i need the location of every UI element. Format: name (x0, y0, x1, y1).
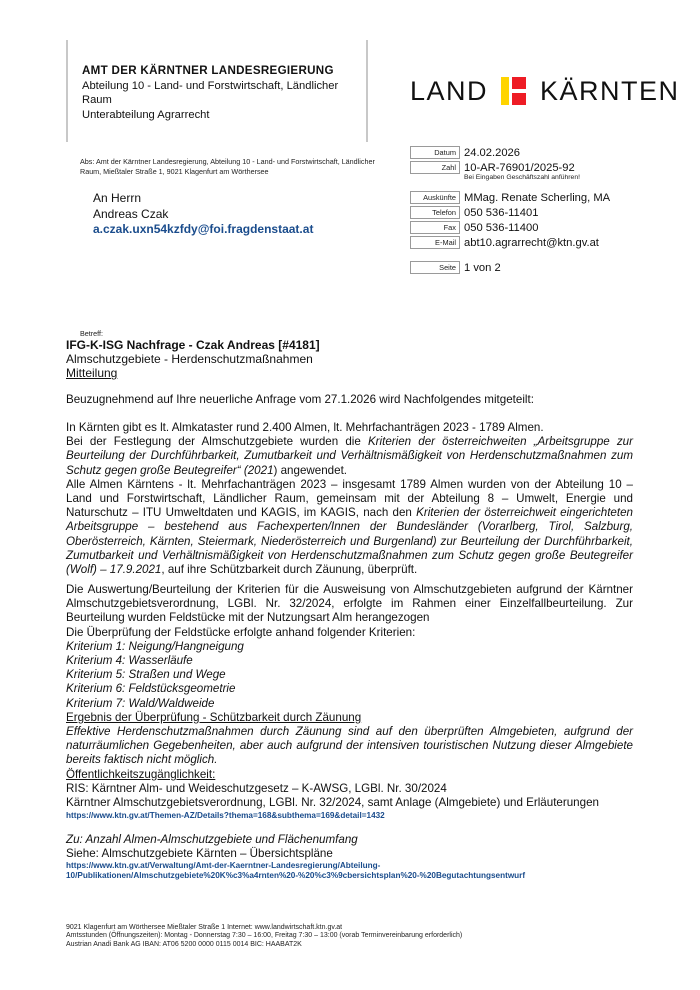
body-section-1: In Kärnten gibt es lt. Almkataster rund … (66, 421, 633, 577)
telefon-label: Telefon (410, 206, 460, 219)
datum-label: Datum (410, 146, 460, 159)
organization-block: AMT DER KÄRNTNER LANDESREGIERUNG Abteilu… (82, 64, 362, 122)
body-section-2: Die Auswertung/Beurteilung der Kriterien… (66, 583, 633, 768)
logo-text-left: LAND (410, 76, 488, 107)
datum-value: 24.02.2026 (460, 147, 520, 159)
public-line-2: Kärntner Almschutzgebietsverordnung, LGB… (66, 796, 633, 810)
overview-section: Zu: Anzahl Almen-Almschutzgebiete und Fl… (66, 833, 633, 881)
subdepartment-line: Unterabteilung Agrarrecht (82, 108, 362, 123)
recipient-block: An Herrn Andreas Czak a.czak.uxn54kzfdy@… (93, 191, 313, 238)
meta-row-zahl: Zahl 10-AR-76901/2025-92 (410, 160, 575, 175)
subject-line-3: Mitteilung (66, 366, 320, 380)
public-line-1: RIS: Kärntner Alm- und Weideschutzgesetz… (66, 782, 633, 796)
zu-line: Zu: Anzahl Almen-Almschutzgebiete und Fl… (66, 833, 633, 847)
footer: 9021 Klagenfurt am Wörthersee Mießtaler … (66, 924, 462, 949)
subject-line-2: Almschutzgebiete - Herdenschutzmaßnahmen (66, 352, 320, 366)
criterion-item: Kriterium 7: Wald/Waldweide (66, 697, 633, 711)
meta-row-datum: Datum 24.02.2026 (410, 145, 575, 160)
criterion-item: Kriterium 4: Wasserläufe (66, 654, 633, 668)
footer-hours: Amtsstunden (Öffnungszeiten): Montag - D… (66, 932, 462, 940)
criteria-intro: Die Überprüfung der Feldstücke erfolgte … (66, 626, 633, 640)
sender-line: Abs: Amt der Kärntner Landesregierung, A… (80, 157, 380, 176)
telefon-value: 050 536-11401 (460, 207, 538, 219)
organization-title: AMT DER KÄRNTNER LANDESREGIERUNG (82, 64, 362, 79)
fax-label: Fax (410, 221, 460, 234)
result-text: Effektive Herdenschutzmaßnahmen durch Zä… (66, 725, 633, 768)
land-kaernten-logo: LAND KÄRNTEN (410, 76, 680, 106)
review-paragraph: Alle Almen Kärntens - lt. Mehrfachanträg… (66, 478, 633, 577)
department-line: Abteilung 10 - Land- und Forstwirtschaft… (82, 79, 362, 108)
public-access-section: Öffentlichkeitszugänglichkeit: RIS: Kärn… (66, 768, 633, 821)
auskuenfte-label: Auskünfte (410, 191, 460, 204)
email-value[interactable]: abt10.agrarrecht@ktn.gv.at (460, 237, 599, 249)
criteria-paragraph: Bei der Festlegung der Almschutzgebiete … (66, 435, 633, 478)
meta-row-telefon: Telefon 050 536-11401 (410, 205, 610, 220)
seite-label: Seite (410, 261, 460, 274)
siehe-line: Siehe: Almschutzgebiete Kärnten – Übersi… (66, 847, 633, 861)
intro-paragraph: Beuzugnehmend auf Ihre neuerliche Anfrag… (66, 393, 633, 407)
header-right-rule (366, 40, 368, 142)
evaluation-paragraph: Die Auswertung/Beurteilung der Kriterien… (66, 583, 633, 626)
recipient-name: Andreas Czak (93, 207, 313, 223)
logo-mark-icon (501, 77, 526, 105)
meta-date-block: Datum 24.02.2026 Zahl 10-AR-76901/2025-9… (410, 145, 575, 175)
intro-text: Beuzugnehmend auf Ihre neuerliche Anfrag… (66, 393, 633, 407)
meta-row-email: E-Mail abt10.agrarrecht@ktn.gv.at (410, 235, 610, 250)
criterion-item: Kriterium 1: Neigung/Hangneigung (66, 640, 633, 654)
meta-row-seite: Seite 1 von 2 (410, 260, 501, 275)
almen-count-line: In Kärnten gibt es lt. Almkataster rund … (66, 421, 633, 435)
fax-value: 050 536-11400 (460, 222, 538, 234)
result-heading: Ergebnis der Überprüfung - Schützbarkeit… (66, 711, 633, 725)
reference-note: Bei Eingaben Geschäftszahl anführen! (464, 174, 580, 181)
public-heading: Öffentlichkeitszugänglichkeit: (66, 768, 633, 782)
subject-block: IFG-K-ISG Nachfrage - Czak Andreas [#418… (66, 338, 320, 381)
seite-value: 1 von 2 (460, 262, 501, 274)
criterion-item: Kriterium 6: Feldstücksgeometrie (66, 682, 633, 696)
public-link[interactable]: https://www.ktn.gv.at/Themen-AZ/Details?… (66, 811, 633, 821)
auskuenfte-value: MMag. Renate Scherling, MA (460, 192, 610, 204)
subject-title: IFG-K-ISG Nachfrage - Czak Andreas [#418… (66, 338, 320, 352)
overview-link-part-1[interactable]: https://www.ktn.gv.at/Verwaltung/Amt-der… (66, 861, 633, 871)
zahl-label: Zahl (410, 161, 460, 174)
recipient-salutation: An Herrn (93, 191, 313, 207)
meta-row-auskuenfte: Auskünfte MMag. Renate Scherling, MA (410, 190, 610, 205)
criterion-item: Kriterium 5: Straßen und Wege (66, 668, 633, 682)
betreff-label: Betreff: (80, 329, 103, 338)
overview-link-part-2[interactable]: 10/Publikationen/Almschutzgebiete%20K%c3… (66, 871, 633, 881)
meta-row-fax: Fax 050 536-11400 (410, 220, 610, 235)
logo-text-right: KÄRNTEN (540, 76, 680, 107)
email-label: E-Mail (410, 236, 460, 249)
meta-contact-block: Auskünfte MMag. Renate Scherling, MA Tel… (410, 190, 610, 250)
footer-bank: Austrian Anadi Bank AG IBAN: AT06 5200 0… (66, 941, 462, 949)
header-left-rule (66, 40, 68, 142)
meta-page-block: Seite 1 von 2 (410, 260, 501, 275)
zahl-value: 10-AR-76901/2025-92 (460, 162, 575, 174)
recipient-email-link[interactable]: a.czak.uxn54kzfdy@foi.fragdenstaat.at (93, 222, 313, 238)
